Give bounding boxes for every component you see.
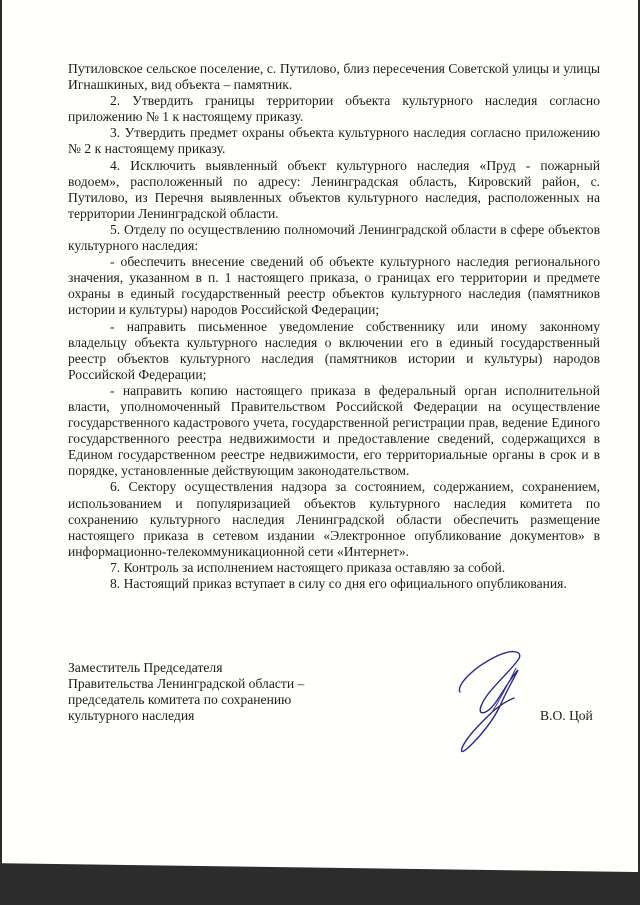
paragraph-bullet-2: - направить письменное уведомление собст… (68, 319, 600, 383)
signatory-title: Заместитель Председателя Правительства Л… (68, 660, 304, 724)
signatory-title-line: Заместитель Председателя (68, 660, 304, 676)
handwritten-signature-icon (442, 650, 542, 760)
paragraph-bullet-3: - направить копию настоящего приказа в ф… (68, 383, 600, 480)
paragraph-bullet-1: - обеспечить внесение сведений об объект… (68, 254, 600, 318)
paragraph-item-2: 2. Утвердить границы территории объекта … (68, 93, 600, 125)
paragraph-item-4: 4. Исключить выявленный объект культурно… (68, 158, 600, 222)
signatory-name: В.О. Цой (540, 708, 593, 724)
signatory-title-line: Правительства Ленинградской области – (68, 676, 304, 692)
paragraph-item-7: 7. Контроль за исполнением настоящего пр… (68, 560, 600, 576)
paragraph-item-8: 8. Настоящий приказ вступает в силу со д… (68, 576, 600, 592)
signatory-title-line: председатель комитета по сохранению (68, 692, 304, 708)
paragraph-item-5: 5. Отделу по осуществлению полномочий Ле… (68, 222, 600, 254)
document-page: Путиловское сельское поселение, с. Путил… (2, 0, 638, 872)
document-body: Путиловское сельское поселение, с. Путил… (68, 61, 600, 592)
paragraph-continuation: Путиловское сельское поселение, с. Путил… (68, 61, 600, 93)
signatory-title-line: культурного наследия (68, 708, 304, 724)
paragraph-item-3: 3. Утвердить предмет охраны объекта куль… (68, 125, 600, 157)
paragraph-item-6: 6. Сектору осуществления надзора за сост… (68, 479, 600, 559)
